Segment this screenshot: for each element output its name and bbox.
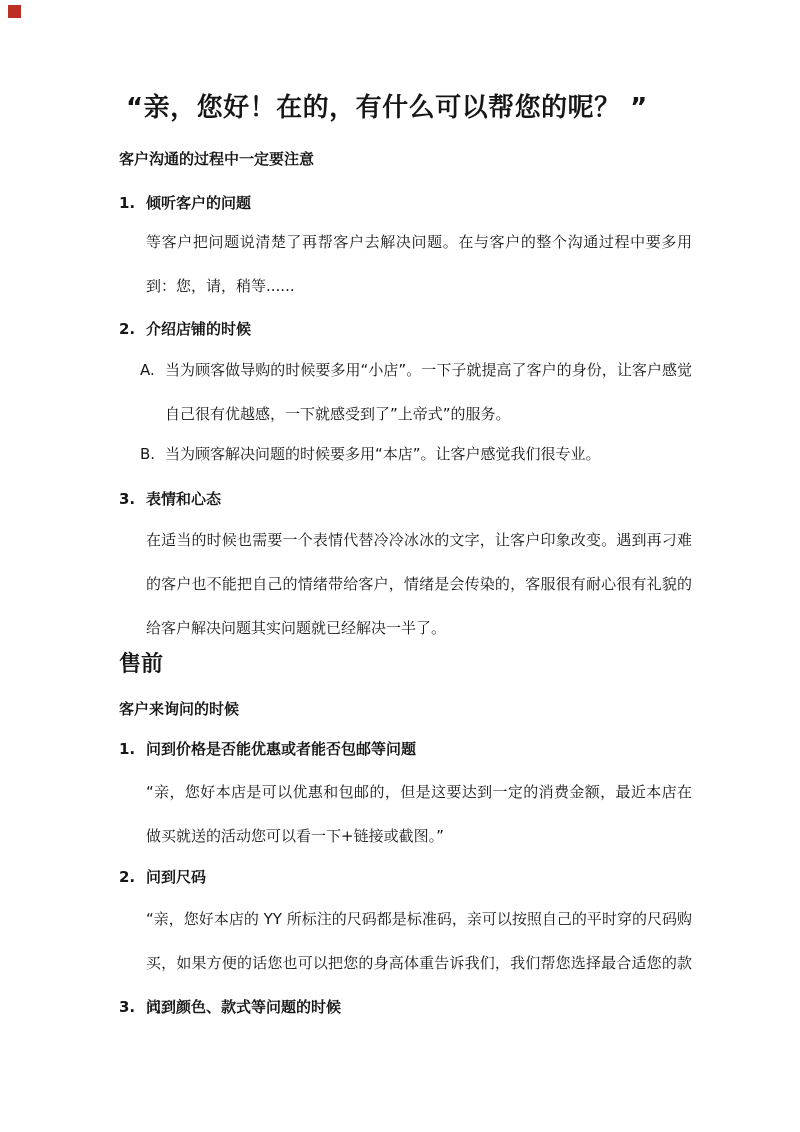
corner-red-mark: [8, 5, 21, 18]
presale-heading: 售前: [119, 650, 163, 680]
presale-item-3: 3. 问到颜色、款式等问题的时候: [119, 997, 719, 1017]
list-item-title: 问到价格是否能优惠或者能否包邮等问题: [146, 739, 416, 759]
sub-list-text: 当为顾客解决问题的时候要多用“本店”。让客户感觉我们很专业。: [165, 432, 692, 476]
list-item-title: 表情和心态: [146, 489, 221, 509]
intro-item-2-sub-a: A. 当为顾客做导购的时候要多用“小店”。一下子就提高了客户的身份，让客户感觉自…: [140, 348, 692, 436]
page-title: “亲，您好！在的，有什么可以帮您的呢？ ”: [126, 90, 686, 126]
sub-list-marker: B.: [140, 432, 165, 476]
presale-item-1: 1. 问到价格是否能优惠或者能否包邮等问题: [119, 739, 719, 759]
list-number: 1.: [119, 193, 146, 213]
intro-item-2: 2. 介绍店铺的时候: [119, 319, 719, 339]
intro-item-2-sub-b: B. 当为顾客解决问题的时候要多用“本店”。让客户感觉我们很专业。: [140, 432, 692, 476]
presale-item-2: 2. 问到尺码: [119, 867, 719, 887]
presale-subheading: 客户来询问的时候: [119, 699, 239, 719]
list-item-title: 倾听客户的问题: [146, 193, 251, 213]
intro-item-1-body: 等客户把问题说清楚了再帮客户去解决问题。在与客户的整个沟通过程中要多用到：您，请…: [146, 220, 692, 308]
list-item-title: 问到尺码: [146, 867, 206, 887]
list-number: 1.: [119, 739, 146, 759]
list-number: 2.: [119, 867, 146, 887]
list-number: 3.: [119, 489, 146, 509]
document-page: { "colors": { "corner_mark": "#bd2e24", …: [0, 0, 800, 1132]
sub-list-marker: A.: [140, 348, 165, 436]
list-number: 2.: [119, 319, 146, 339]
intro-heading: 客户沟通的过程中一定要注意: [119, 149, 314, 169]
list-number: 3.: [119, 997, 146, 1017]
intro-item-3-body: 在适当的时候也需要一个表情代替冷冷冰冰的文字，让客户印象改变。遇到再刁难的客户也…: [146, 518, 692, 650]
intro-item-3: 3. 表情和心态: [119, 489, 719, 509]
sub-list-text: 当为顾客做导购的时候要多用“小店”。一下子就提高了客户的身份，让客户感觉自己很有…: [165, 348, 692, 436]
presale-item-1-body: “亲，您好本店是可以优惠和包邮的，但是这要达到一定的消费金额，最近本店在做买就送…: [146, 770, 692, 858]
list-item-title: 问到颜色、款式等问题的时候: [146, 997, 341, 1017]
list-item-title: 介绍店铺的时候: [146, 319, 251, 339]
intro-item-1: 1. 倾听客户的问题: [119, 193, 719, 213]
